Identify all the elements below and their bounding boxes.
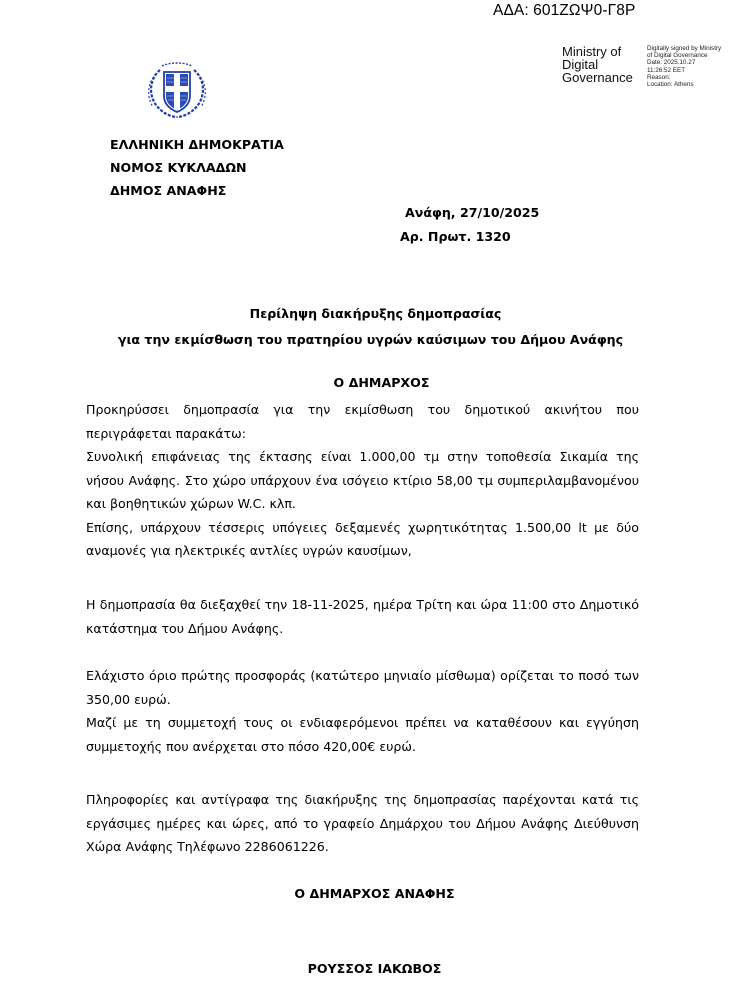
digital-signature-stamp: Ministry of Digital Governance Digitally…: [562, 45, 741, 88]
document-title: Περίληψη διακήρυξης δημοπρασίας για την …: [0, 301, 741, 353]
paragraph-guarantee: Μαζί με τη συμμετοχή τους οι ενδιαφερόμε…: [86, 711, 639, 758]
signature-detail-line: Location: Athens: [647, 81, 741, 88]
header-municipality: ΔΗΜΟΣ ΑΝΑΦΗΣ: [110, 179, 284, 202]
header-prefecture: ΝΟΜΟΣ ΚΥΚΛΑΔΩΝ: [110, 156, 284, 179]
signatory-name: ΡΟΥΣΣΟΣ ΙΑΚΩΒΟΣ: [0, 961, 741, 976]
paragraph-tanks: Επίσης, υπάρχουν τέσσερις υπόγειες δεξαμ…: [86, 516, 639, 563]
property-description-section: Προκηρύσσει δημοπρασία για την εκμίσθωση…: [86, 398, 639, 563]
closing-title: Ο ΔΗΜΑΡΧΟΣ ΑΝΑΦΗΣ: [0, 886, 741, 901]
signature-detail-line: 11:26:52 EET: [647, 67, 741, 74]
paragraph-announcement: Προκηρύσσει δημοπρασία για την εκμίσθωση…: [86, 398, 639, 445]
ada-identifier: ΑΔΑ: 601ΖΩΨ0-Γ8Ρ: [493, 2, 635, 20]
protocol-number: Αρ. Πρωτ. 1320: [400, 229, 511, 244]
paragraph-area: Συνολική επιφάνειας της έκτασης είναι 1.…: [86, 445, 639, 516]
paragraph-auction-date: Η δημοπρασία θα διεξαχθεί την 18-11-2025…: [86, 593, 639, 640]
paragraph-minimum-offer: Ελάχιστο όριο πρώτης προσφοράς (κατώτερο…: [86, 664, 639, 711]
signature-detail-line: Reason:: [647, 74, 741, 81]
issuer-header: ΕΛΛΗΝΙΚΗ ΔΗΜΟΚΡΑΤΙΑ ΝΟΜΟΣ ΚΥΚΛΑΔΩΝ ΔΗΜΟΣ…: [110, 133, 284, 202]
information-section: Πληροφορίες και αντίγραφα της διακήρυξης…: [86, 788, 639, 859]
signature-detail-line: Date: 2025.10.27: [647, 59, 741, 66]
paragraph-information: Πληροφορίες και αντίγραφα της διακήρυξης…: [86, 788, 639, 859]
title-line-2: για την εκμίσθωση του πρατηρίου υγρών κα…: [0, 327, 741, 353]
signature-details: Digitally signed by Ministry of Digital …: [647, 45, 741, 88]
header-country: ΕΛΛΗΝΙΚΗ ΔΗΜΟΚΡΑΤΙΑ: [110, 133, 284, 156]
signature-organization: Ministry of Digital Governance: [562, 45, 644, 84]
title-line-1: Περίληψη διακήρυξης δημοπρασίας: [0, 301, 741, 327]
auction-date-section: Η δημοπρασία θα διεξαχθεί την 18-11-2025…: [86, 593, 639, 640]
offer-terms-section: Ελάχιστο όριο πρώτης προσφοράς (κατώτερο…: [86, 664, 639, 758]
mayor-heading: Ο ΔΗΜΑΡΧΟΣ: [0, 375, 741, 390]
signature-org-line: Governance: [562, 71, 644, 84]
document-date: Ανάφη, 27/10/2025: [405, 205, 539, 220]
signature-detail-line: Digitally signed by Ministry: [647, 45, 741, 52]
greek-coat-of-arms-icon: [144, 60, 210, 120]
signature-detail-line: of Digital Governance: [647, 52, 741, 59]
